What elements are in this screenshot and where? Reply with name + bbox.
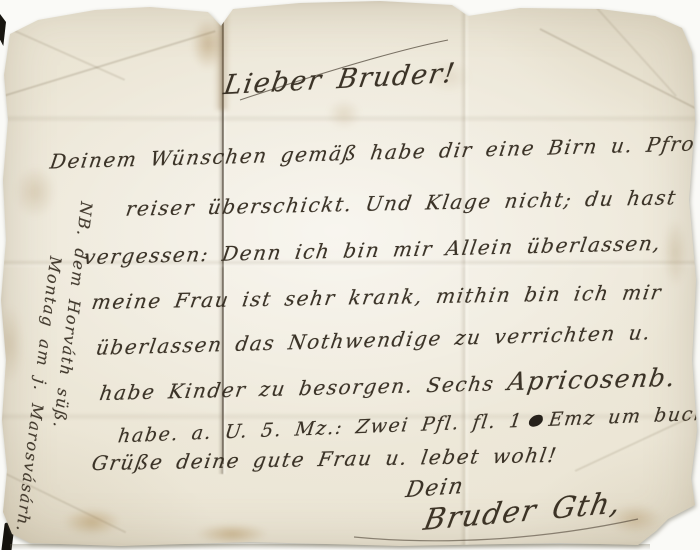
letter-line-3: vergessen: Denn ich bin mir Allein überl…	[82, 231, 663, 269]
letter-line-5: überlassen das Nothwendige zu verrichten…	[94, 320, 653, 360]
diagonal-crease	[0, 30, 215, 97]
letter-line-7-text: habe. a. U. 5. Mz.: Zwei Pfl. fl. 1	[117, 410, 525, 448]
paper-stain	[185, 8, 231, 80]
fold-crease-vertical-main-line	[222, 2, 224, 464]
paper-stain	[320, 93, 368, 135]
paper-stain	[0, 288, 30, 400]
letter-line-4: meine Frau ist sehr krank, mithin bin ic…	[90, 280, 664, 314]
paper-stain	[658, 205, 692, 300]
letter-line-1: Deinem Wünschen gemäß habe dir eine Birn…	[48, 131, 700, 174]
letter-line-7: habe. a. U. 5. Mz.: Zwei Pfl. fl. 1 Emz …	[117, 403, 700, 448]
scanned-letter: Lieber Bruder! Deinem Wünschen gemäß hab…	[0, 0, 700, 550]
letter-line-6-large-word: Apricosenb.	[506, 363, 679, 396]
fold-crease-horizontal-lower	[0, 413, 700, 420]
letter-paper-wrap: Lieber Bruder! Deinem Wünschen gemäß hab…	[0, 0, 700, 550]
letter-line-6: habe Kinder zu besorgen. Sechs Apricosen…	[98, 363, 679, 406]
letter-closing: Dein	[404, 474, 467, 503]
fold-crease-vertical-main	[218, 0, 227, 474]
letter-heading: Lieber Bruder!	[222, 58, 458, 101]
ink-blot	[528, 413, 543, 428]
fold-crease-vertical-right	[460, 0, 470, 550]
diagonal-crease	[575, 411, 700, 472]
fold-crease-horizontal-upper	[0, 115, 700, 122]
pen-flourish-heading	[238, 38, 450, 104]
paper-stain	[6, 155, 64, 229]
paper-stain	[598, 498, 672, 540]
margin-note-outer: Montag am j. Marosvásárh.	[14, 197, 74, 498]
paper-stain	[415, 55, 481, 99]
letter-line-7-text-after-blot: Emz um buch	[547, 403, 700, 431]
letter-signature: Bruder Gth,	[421, 485, 625, 537]
paper-stain	[182, 520, 282, 548]
margin-note-inner: NB. dem Horváth süß.	[38, 200, 98, 501]
diagonal-crease	[0, 470, 126, 533]
pen-flourish-signature	[352, 515, 642, 545]
margin-notes: NB. dem Horváth süß. Montag am j. Marosv…	[14, 197, 98, 501]
diagonal-crease	[6, 26, 125, 80]
letter-line-6-text: habe Kinder zu besorgen. Sechs	[98, 371, 497, 405]
letter-line-2: reiser überschickt. Und Klage nicht; du …	[124, 185, 679, 221]
letter-paper: Lieber Bruder! Deinem Wünschen gemäß hab…	[0, 0, 700, 550]
paper-stain	[52, 503, 132, 541]
diagonal-crease	[540, 28, 700, 111]
fold-crease-vertical-stained-top	[214, 0, 230, 110]
letter-line-8: Grüße deine gute Frau u. lebet wohl!	[90, 443, 559, 475]
diagonal-crease	[595, 6, 676, 96]
fold-crease-horizontal-middle	[0, 260, 700, 268]
